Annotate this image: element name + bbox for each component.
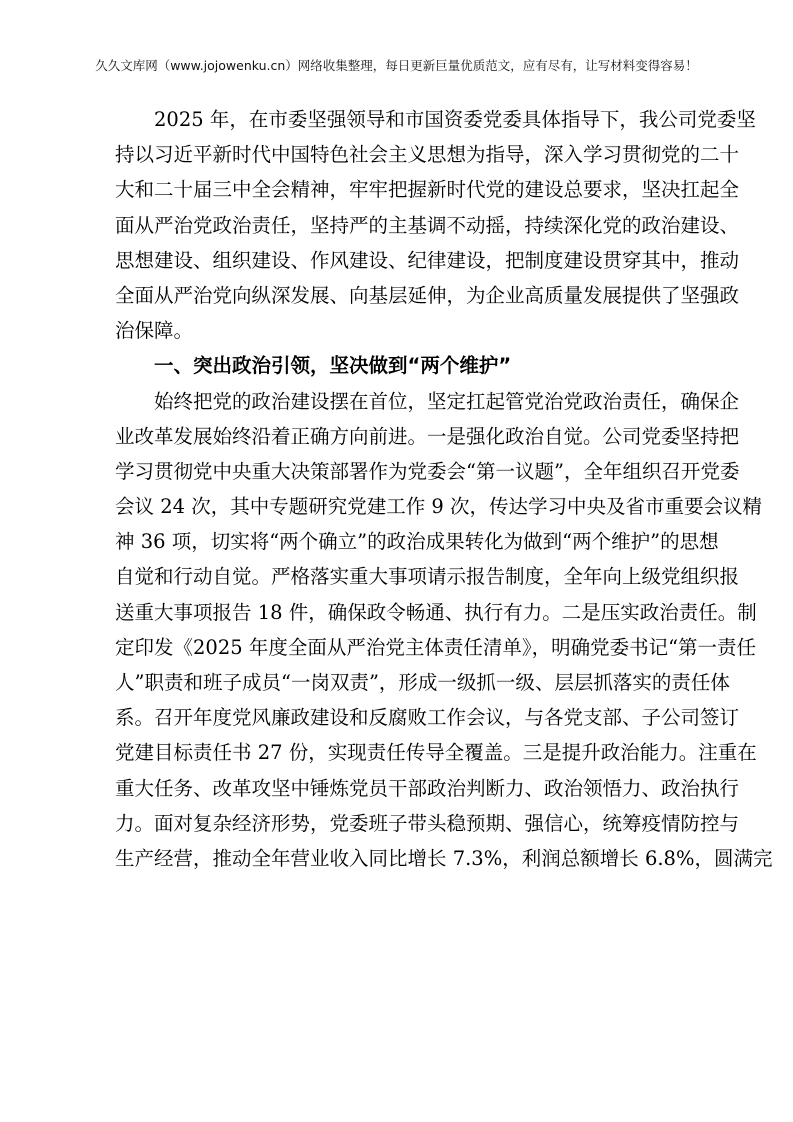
text-line: 神 36 项，切实将“两个确立”的政治成果转化为做到“两个维护”的思想 — [115, 524, 681, 559]
text-line: 大和二十届三中全会精神，牢牢把握新时代党的建设总要求，坚决扛起全 — [115, 172, 681, 207]
text-line: 送重大事项报告 18 件，确保政令畅通、执行有力。二是压实政治责任。制 — [115, 595, 681, 630]
section-paragraph: 始终把党的政治建设摆在首位，坚定扛起管党治党政治责任，确保企 业改革发展始终沿着… — [115, 384, 681, 877]
document-body: 2025 年，在市委坚强领导和市国资委党委具体指导下，我公司党委坚 持以习近平新… — [115, 102, 681, 876]
text-line: 思想建设、组织建设、作风建设、纪律建设，把制度建设贯穿其中，推动 — [115, 243, 681, 278]
text-line: 全面从严治党向纵深发展、向基层延伸，为企业高质量发展提供了坚强政 — [115, 278, 681, 313]
text-line: 面从严治党政治责任，坚持严的主基调不动摇，持续深化党的政治建设、 — [115, 208, 681, 243]
text-line: 系。召开年度党风廉政建设和反腐败工作会议，与各党支部、子公司签订 — [115, 700, 681, 735]
text-line: 力。面对复杂经济形势，党委班子带头稳预期、强信心，统筹疫情防控与 — [115, 806, 681, 841]
text-line: 2025 年，在市委坚强领导和市国资委党委具体指导下，我公司党委坚 — [115, 102, 681, 137]
text-line: 业改革发展始终沿着正确方向前进。一是强化政治自觉。公司党委坚持把 — [115, 419, 681, 454]
text-line: 生产经营，推动全年营业收入同比增长 7.3%，利润总额增长 6.8%，圆满完 — [115, 841, 681, 876]
text-line: 会议 24 次，其中专题研究党建工作 9 次，传达学习中央及省市重要会议精 — [115, 489, 681, 524]
text-line: 党建目标责任书 27 份，实现责任传导全覆盖。三是提升政治能力。注重在 — [115, 735, 681, 770]
text-line: 始终把党的政治建设摆在首位，坚定扛起管党治党政治责任，确保企 — [115, 384, 681, 419]
intro-paragraph: 2025 年，在市委坚强领导和市国资委党委具体指导下，我公司党委坚 持以习近平新… — [115, 102, 681, 348]
section-heading: 一、突出政治引领，坚决做到“两个维护” — [115, 348, 681, 383]
website-banner: 久久文库网（www.jojowenku.cn）网络收集整理，每日更新巨量优质范文… — [0, 56, 793, 74]
text-line: 学习贯彻党中央重大决策部署作为党委会“第一议题”，全年组织召开党委 — [115, 454, 681, 489]
text-line: 定印发《2025 年度全面从严治党主体责任清单》，明确党委书记“第一责任 — [115, 630, 681, 665]
text-line: 治保障。 — [115, 313, 681, 348]
text-line: 人”职责和班子成员“一岗双责”，形成一级抓一级、层层抓落实的责任体 — [115, 665, 681, 700]
text-line: 自觉和行动自觉。严格落实重大事项请示报告制度，全年向上级党组织报 — [115, 559, 681, 594]
text-line: 重大任务、改革攻坚中锤炼党员干部政治判断力、政治领悟力、政治执行 — [115, 771, 681, 806]
text-line: 持以习近平新时代中国特色社会主义思想为指导，深入学习贯彻党的二十 — [115, 137, 681, 172]
